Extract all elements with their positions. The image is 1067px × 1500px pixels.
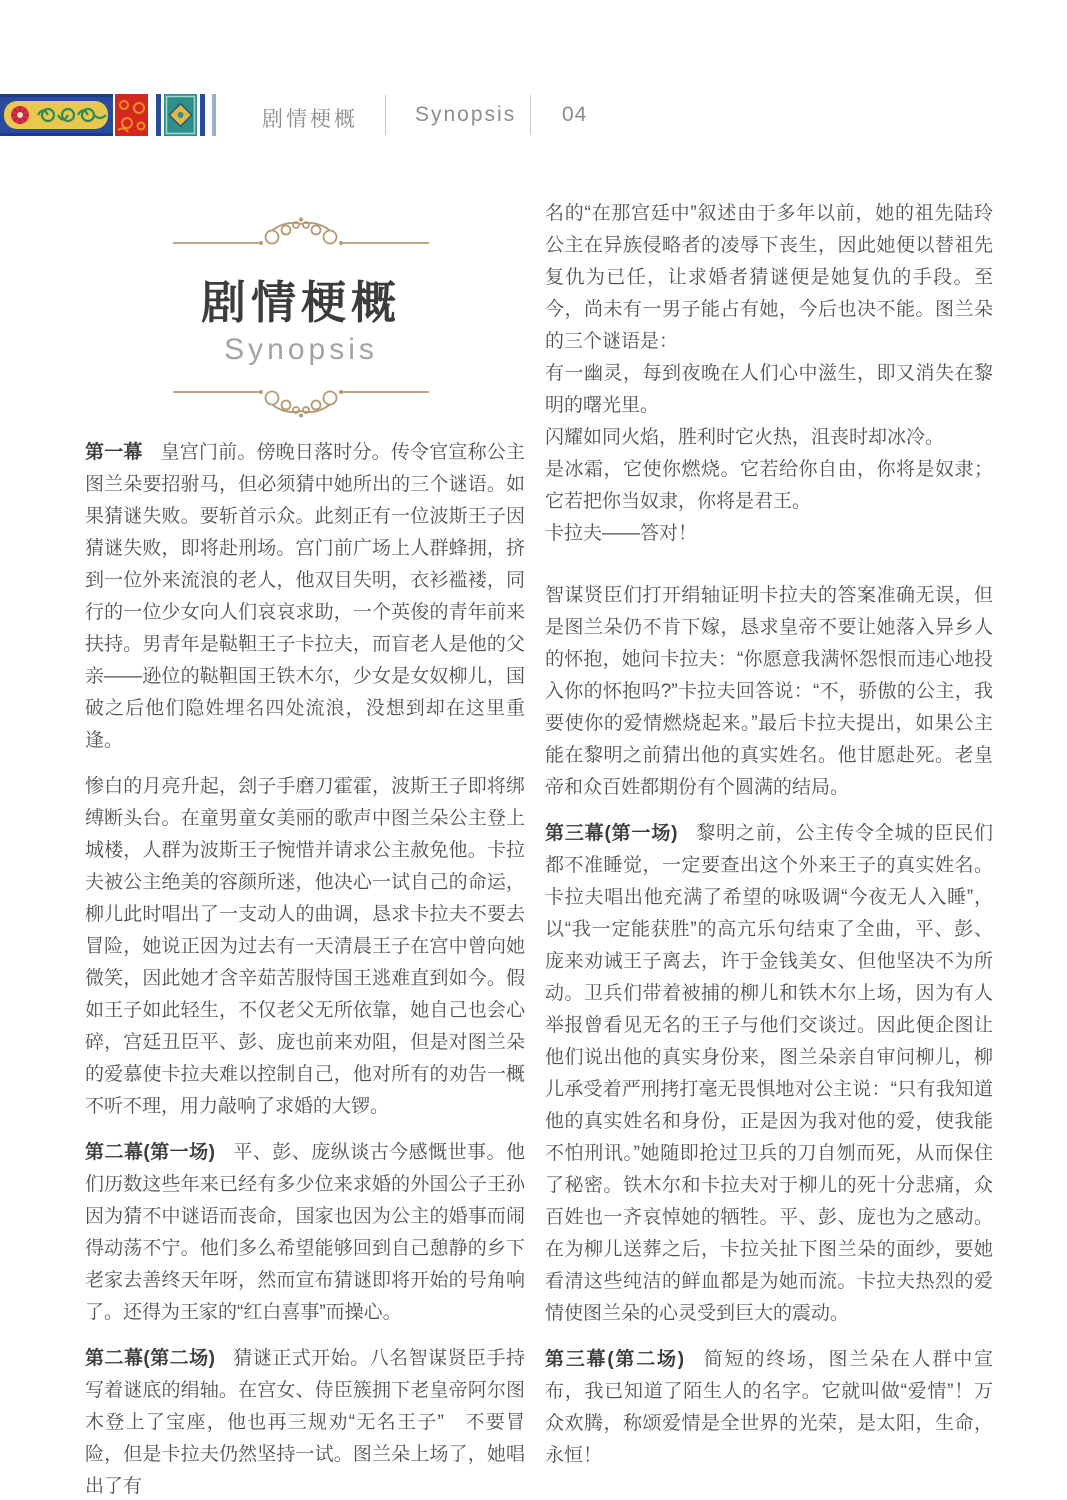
flourish-bottom-icon	[173, 385, 429, 419]
paragraph-ministers: 智谋贤臣们打开绢轴证明卡拉夫的答案准确无误，但是图兰朵仍不肯下嫁，恳求皇帝不要让…	[545, 580, 993, 804]
paragraph-text: 卡拉夫——答对！	[545, 523, 697, 544]
riddle-answer-line: 卡拉夫——答对！	[545, 518, 993, 550]
riddle-line-1: 有一幽灵，每到夜晚在人们心中滋生，即又消失在黎明的曙光里。	[545, 358, 993, 422]
paragraph-text: 黎明之前，公主传令全城的臣民们都不准睡觉，一定要查出这个外来王子的真实姓名。卡拉…	[545, 823, 993, 1324]
left-column: 第一幕皇宫门前。傍晚日落时分。传令官宣称公主图兰朵要招驸马，但必须猜中她所出的三…	[85, 437, 525, 1500]
paragraph-text: 平、彭、庞纵谈古今感慨世事。他们历数这些年来已经有多少位来求婚的外国公子王孙因为…	[85, 1142, 525, 1323]
header-title-en: Synopsis	[415, 103, 516, 127]
riddle-line-3: 是冰霜，它使你燃烧。它若给你自由，你将是奴隶；它若把你当奴隶，你将是君王。	[545, 454, 993, 518]
section-title-block: 剧情梗概 Synopsis	[85, 216, 517, 419]
act-heading: 第二幕(第二场)	[85, 1348, 215, 1369]
page-number: 04	[562, 103, 587, 127]
right-column: 名的“在那宫廷中”叙述由于多年以前，她的祖先陆玲公主在异族侵略者的凌辱下丧生，因…	[545, 198, 993, 1472]
riddle-line-2: 闪耀如同火焰，胜利时它火热，沮丧时却冰冷。	[545, 422, 993, 454]
act-heading: 第二幕(第一场)	[85, 1142, 215, 1163]
paragraph-text: 是冰霜，它使你燃烧。它若给你自由，你将是奴隶；它若把你当奴隶，你将是君王。	[545, 459, 993, 512]
page-title: 剧情梗概	[85, 266, 517, 331]
header-divider	[530, 95, 531, 135]
paragraph-act1: 第一幕皇宫门前。傍晚日落时分。传令官宣称公主图兰朵要招驸马，但必须猜中她所出的三…	[85, 437, 525, 757]
paragraph-text: 有一幽灵，每到夜晚在人们心中滋生，即又消失在黎明的曙光里。	[545, 363, 993, 416]
act-heading: 第一幕	[85, 442, 143, 463]
act-heading: 第三幕(第二场)	[545, 1349, 684, 1370]
paragraph-text: 惨白的月亮升起，刽子手磨刀霍霍，波斯王子即将绑缚断头台。在童男童女美丽的歌声中图…	[85, 776, 525, 1117]
paragraph-text: 闪耀如同火焰，胜利时它火热，沮丧时却冰冷。	[545, 427, 944, 448]
paragraph-act2-scene2: 第二幕(第二场)猜谜正式开始。八名智谋贤臣手持写着谜底的绢轴。在宫女、侍臣簇拥下…	[85, 1343, 525, 1500]
paragraph-act1-cont: 惨白的月亮升起，刽子手磨刀霍霍，波斯王子即将绑缚断头台。在童男童女美丽的歌声中图…	[85, 771, 525, 1123]
paragraph-text: 智谋贤臣们打开绢轴证明卡拉夫的答案准确无误，但是图兰朵仍不肯下嫁，恳求皇帝不要让…	[545, 585, 993, 798]
act-heading: 第三幕(第一场)	[545, 823, 678, 844]
paragraph-continuation: 名的“在那宫廷中”叙述由于多年以前，她的祖先陆玲公主在异族侵略者的凌辱下丧生，因…	[545, 198, 993, 358]
page-subtitle: Synopsis	[85, 333, 517, 367]
flourish-top-icon	[173, 216, 429, 250]
header-divider	[385, 95, 386, 135]
synopsis-page: 剧情梗概 Synopsis 04 剧情梗概	[0, 0, 1067, 1500]
paragraph-text: 猜谜正式开始。八名智谋贤臣手持写着谜底的绢轴。在宫女、侍臣簇拥下老皇帝阿尔图木登…	[85, 1348, 525, 1497]
decorative-border-icon	[0, 94, 218, 136]
paragraph-act2-scene1: 第二幕(第一场)平、彭、庞纵谈古今感慨世事。他们历数这些年来已经有多少位来求婚的…	[85, 1137, 525, 1329]
paragraph-act3-scene2: 第三幕(第二场)简短的终场，图兰朵在人群中宣布，我已知道了陌生人的名字。它就叫做…	[545, 1344, 993, 1472]
header-title-zh: 剧情梗概	[262, 103, 358, 133]
paragraph-act3-scene1: 第三幕(第一场)黎明之前，公主传令全城的臣民们都不准睡觉，一定要查出这个外来王子…	[545, 818, 993, 1330]
paragraph-text: 皇宫门前。傍晚日落时分。传令官宣称公主图兰朵要招驸马，但必须猜中她所出的三个谜语…	[85, 442, 525, 751]
paragraph-text: 名的“在那宫廷中”叙述由于多年以前，她的祖先陆玲公主在异族侵略者的凌辱下丧生，因…	[545, 203, 993, 352]
